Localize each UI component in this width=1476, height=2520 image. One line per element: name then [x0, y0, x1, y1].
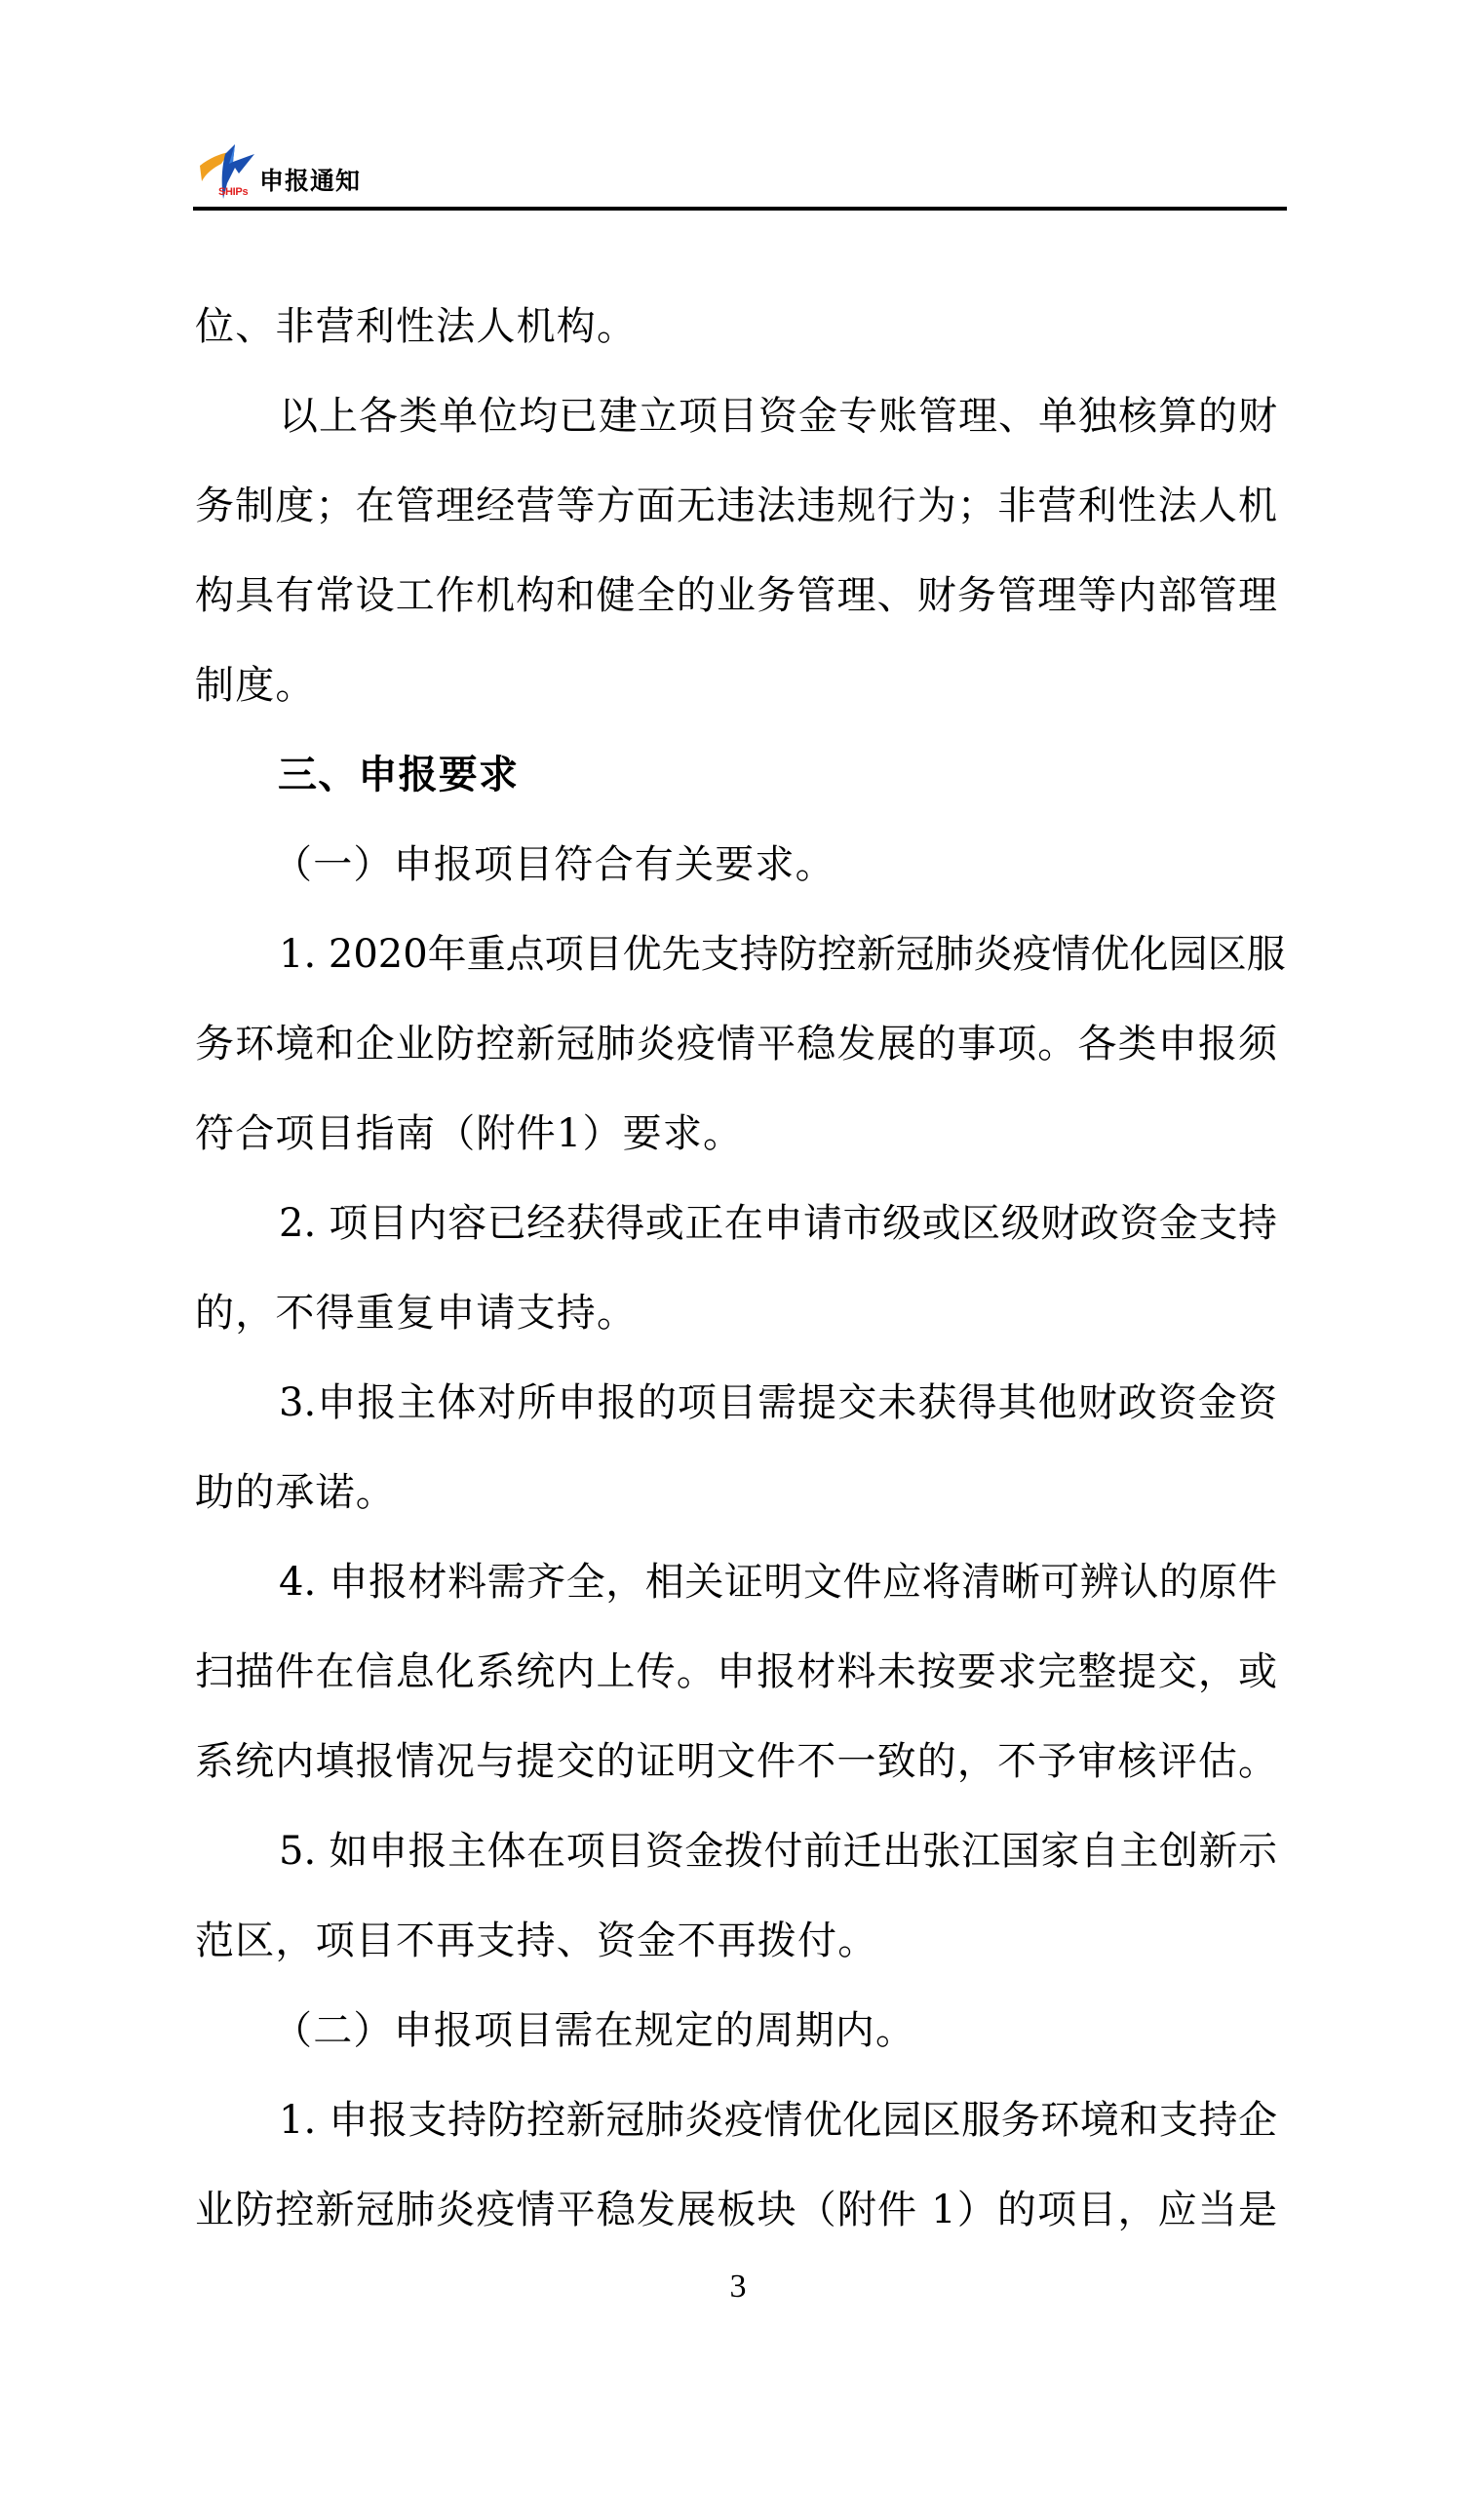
- paragraph-line: 构具有常设工作机构和健全的业务管理、财务管理等内部管理: [195, 551, 1277, 640]
- paragraph-line: 系统内填报情况与提交的证明文件不一致的，不予审核评估。: [195, 1717, 1277, 1806]
- paragraph-line: 的，不得重复申请支持。: [195, 1268, 1277, 1358]
- header-title: 申报通知: [259, 167, 361, 196]
- paragraph-line: 1. 申报支持防控新冠肺炎疫情优化园区服务环境和支持企: [195, 2075, 1277, 2165]
- paragraph-line: 3.申报主体对所申报的项目需提交未获得其他财政资金资: [195, 1358, 1277, 1448]
- paragraph-line: 务环境和企业防控新冠肺炎疫情平稳发展的事项。各类申报须: [195, 999, 1277, 1089]
- subsection-heading: （一）申报项目符合有关要求。: [195, 820, 1355, 910]
- paragraph-line: 业防控新冠肺炎疫情平稳发展板块（附件 1）的项目，应当是: [195, 2165, 1277, 2255]
- paragraph-line: 制度。: [195, 640, 1277, 730]
- paragraph-line: 务制度；在管理经营等方面无违法违规行为；非营利性法人机: [195, 461, 1277, 551]
- section-heading: 三、申报要求: [195, 730, 1360, 820]
- paragraph-line: 助的承诺。: [195, 1448, 1277, 1537]
- paragraph-line: 4. 申报材料需齐全，相关证明文件应将清晰可辨认的原件: [195, 1537, 1277, 1627]
- paragraph-line: 1. 2020年重点项目优先支持防控新冠肺炎疫情优化园区服: [195, 910, 1277, 999]
- paragraph-line: 2. 项目内容已经获得或正在申请市级或区级财政资金支持: [195, 1179, 1277, 1268]
- page-header: SHIPs 申报通知: [193, 136, 1287, 214]
- header-divider: [193, 207, 1287, 211]
- paragraph-line: 以上各类单位均已建立项目资金专账管理、单独核算的财: [195, 371, 1277, 461]
- paragraph-line: 扫描件在信息化系统内上传。申报材料未按要求完整提交，或: [195, 1627, 1277, 1717]
- paragraph-line: 位、非营利性法人机构。: [195, 282, 1277, 371]
- paragraph-line: 5. 如申报主体在项目资金拨付前迁出张江国家自主创新示: [195, 1806, 1277, 1896]
- logo-text: SHIPs: [218, 186, 248, 198]
- page-number: 3: [0, 2268, 1476, 2307]
- document-page: SHIPs 申报通知 位、非营利性法人机构。 以上各类单位均已建立项目资金专账管…: [0, 0, 1476, 2520]
- subsection-heading: （二）申报项目需在规定的周期内。: [195, 1986, 1355, 2075]
- paragraph-line: 范区，项目不再支持、资金不再拨付。: [195, 1896, 1277, 1986]
- paragraph-line: 符合项目指南（附件1）要求。: [195, 1089, 1277, 1179]
